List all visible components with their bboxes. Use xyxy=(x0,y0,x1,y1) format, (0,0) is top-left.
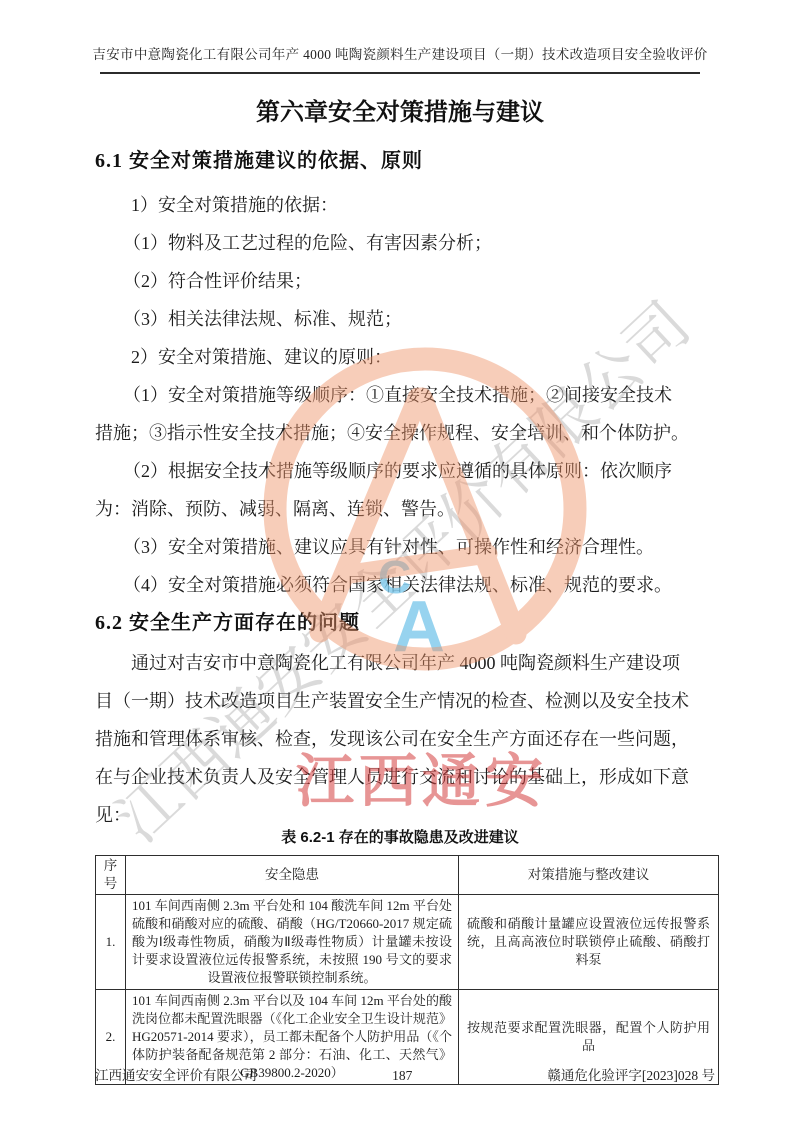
row-number-cell: 1. xyxy=(96,895,126,990)
body-line: 措施；③指示性安全技术措施；④安全操作规程、安全培训、和个体防护。 xyxy=(95,414,715,452)
table-header-row: 序号 安全隐患 对策措施与整改建议 xyxy=(96,856,719,895)
table-row: 1. 101 车间西南侧 2.3m 平台处和 104 酸洗车间 12m 平台处硫… xyxy=(96,895,719,990)
body-line: （3）安全对策措施、建议应具有针对性、可操作性和经济合理性。 xyxy=(95,528,715,566)
page-header-title: 吉安市中意陶瓷化工有限公司年产 4000 吨陶瓷颜料生产建设项目（一期）技术改造… xyxy=(0,43,800,63)
document-page: 吉安市中意陶瓷化工有限公司年产 4000 吨陶瓷颜料生产建设项目（一期）技术改造… xyxy=(0,0,800,1132)
header-divider xyxy=(100,72,700,74)
body-line: （2）符合性评价结果； xyxy=(95,262,715,300)
body-line: （1）安全对策措施等级顺序：①直接安全技术措施；②间接安全技术 xyxy=(95,376,715,414)
section-6-2-heading: 6.2 安全生产方面存在的问题 xyxy=(95,606,360,635)
body-line: （3）相关法律法规、标准、规范； xyxy=(95,300,715,338)
footer-page-number: 187 xyxy=(392,1068,412,1084)
column-header-no: 序号 xyxy=(96,856,126,895)
body-line: （4）安全对策措施必须符合国家相关法律法规、标准、规范的要求。 xyxy=(95,566,715,604)
section-6-1-heading: 6.1 安全对策措施建议的依据、原则 xyxy=(95,144,423,173)
footer-company: 江西通安安全评价有限公司 xyxy=(95,1064,257,1084)
body-line: 在与企业技术负责人及安全管理人员进行交流和讨论的基础上，形成如下意 xyxy=(95,758,715,796)
hazard-table: 序号 安全隐患 对策措施与整改建议 1. 101 车间西南侧 2.3m 平台处和… xyxy=(95,855,719,1085)
section-6-1-body: 1）安全对策措施的依据： （1）物料及工艺过程的危险、有害因素分析； （2）符合… xyxy=(95,186,715,604)
body-line: 为：消除、预防、减弱、隔离、连锁、警告。 xyxy=(95,490,715,528)
chapter-title: 第六章安全对策措施与建议 xyxy=(0,92,800,127)
body-line: 1）安全对策措施的依据： xyxy=(95,186,715,224)
page-footer: 江西通安安全评价有限公司 187 赣通危化验评字[2023]028 号 xyxy=(95,1064,715,1084)
body-line: 目（一期）技术改造项目生产装置安全生产情况的检查、检测以及安全技术 xyxy=(95,682,715,720)
body-line: 措施和管理体系审核、检查，发现该公司在安全生产方面还存在一些问题， xyxy=(95,720,715,758)
column-header-hazard: 安全隐患 xyxy=(126,856,459,895)
body-line: 通过对吉安市中意陶瓷化工有限公司年产 4000 吨陶瓷颜料生产建设项 xyxy=(95,644,715,682)
footer-doc-number: 赣通危化验评字[2023]028 号 xyxy=(547,1064,715,1084)
section-6-2-body: 通过对吉安市中意陶瓷化工有限公司年产 4000 吨陶瓷颜料生产建设项 目（一期）… xyxy=(95,644,715,834)
body-line: （1）物料及工艺过程的危险、有害因素分析； xyxy=(95,224,715,262)
body-line: （2）根据安全技术措施等级顺序的要求应遵循的具体原则：依次顺序 xyxy=(95,452,715,490)
table-title: 表 6.2-1 存在的事故隐患及改进建议 xyxy=(0,826,800,847)
hazard-cell: 101 车间西南侧 2.3m 平台处和 104 酸洗车间 12m 平台处硫酸和硝… xyxy=(126,895,459,990)
body-line: 2）安全对策措施、建议的原则： xyxy=(95,338,715,376)
measure-cell: 硫酸和硝酸计量罐应设置液位远传报警系统，且高高液位时联锁停止硫酸、硝酸打料泵 xyxy=(459,895,719,990)
column-header-measure: 对策措施与整改建议 xyxy=(459,856,719,895)
